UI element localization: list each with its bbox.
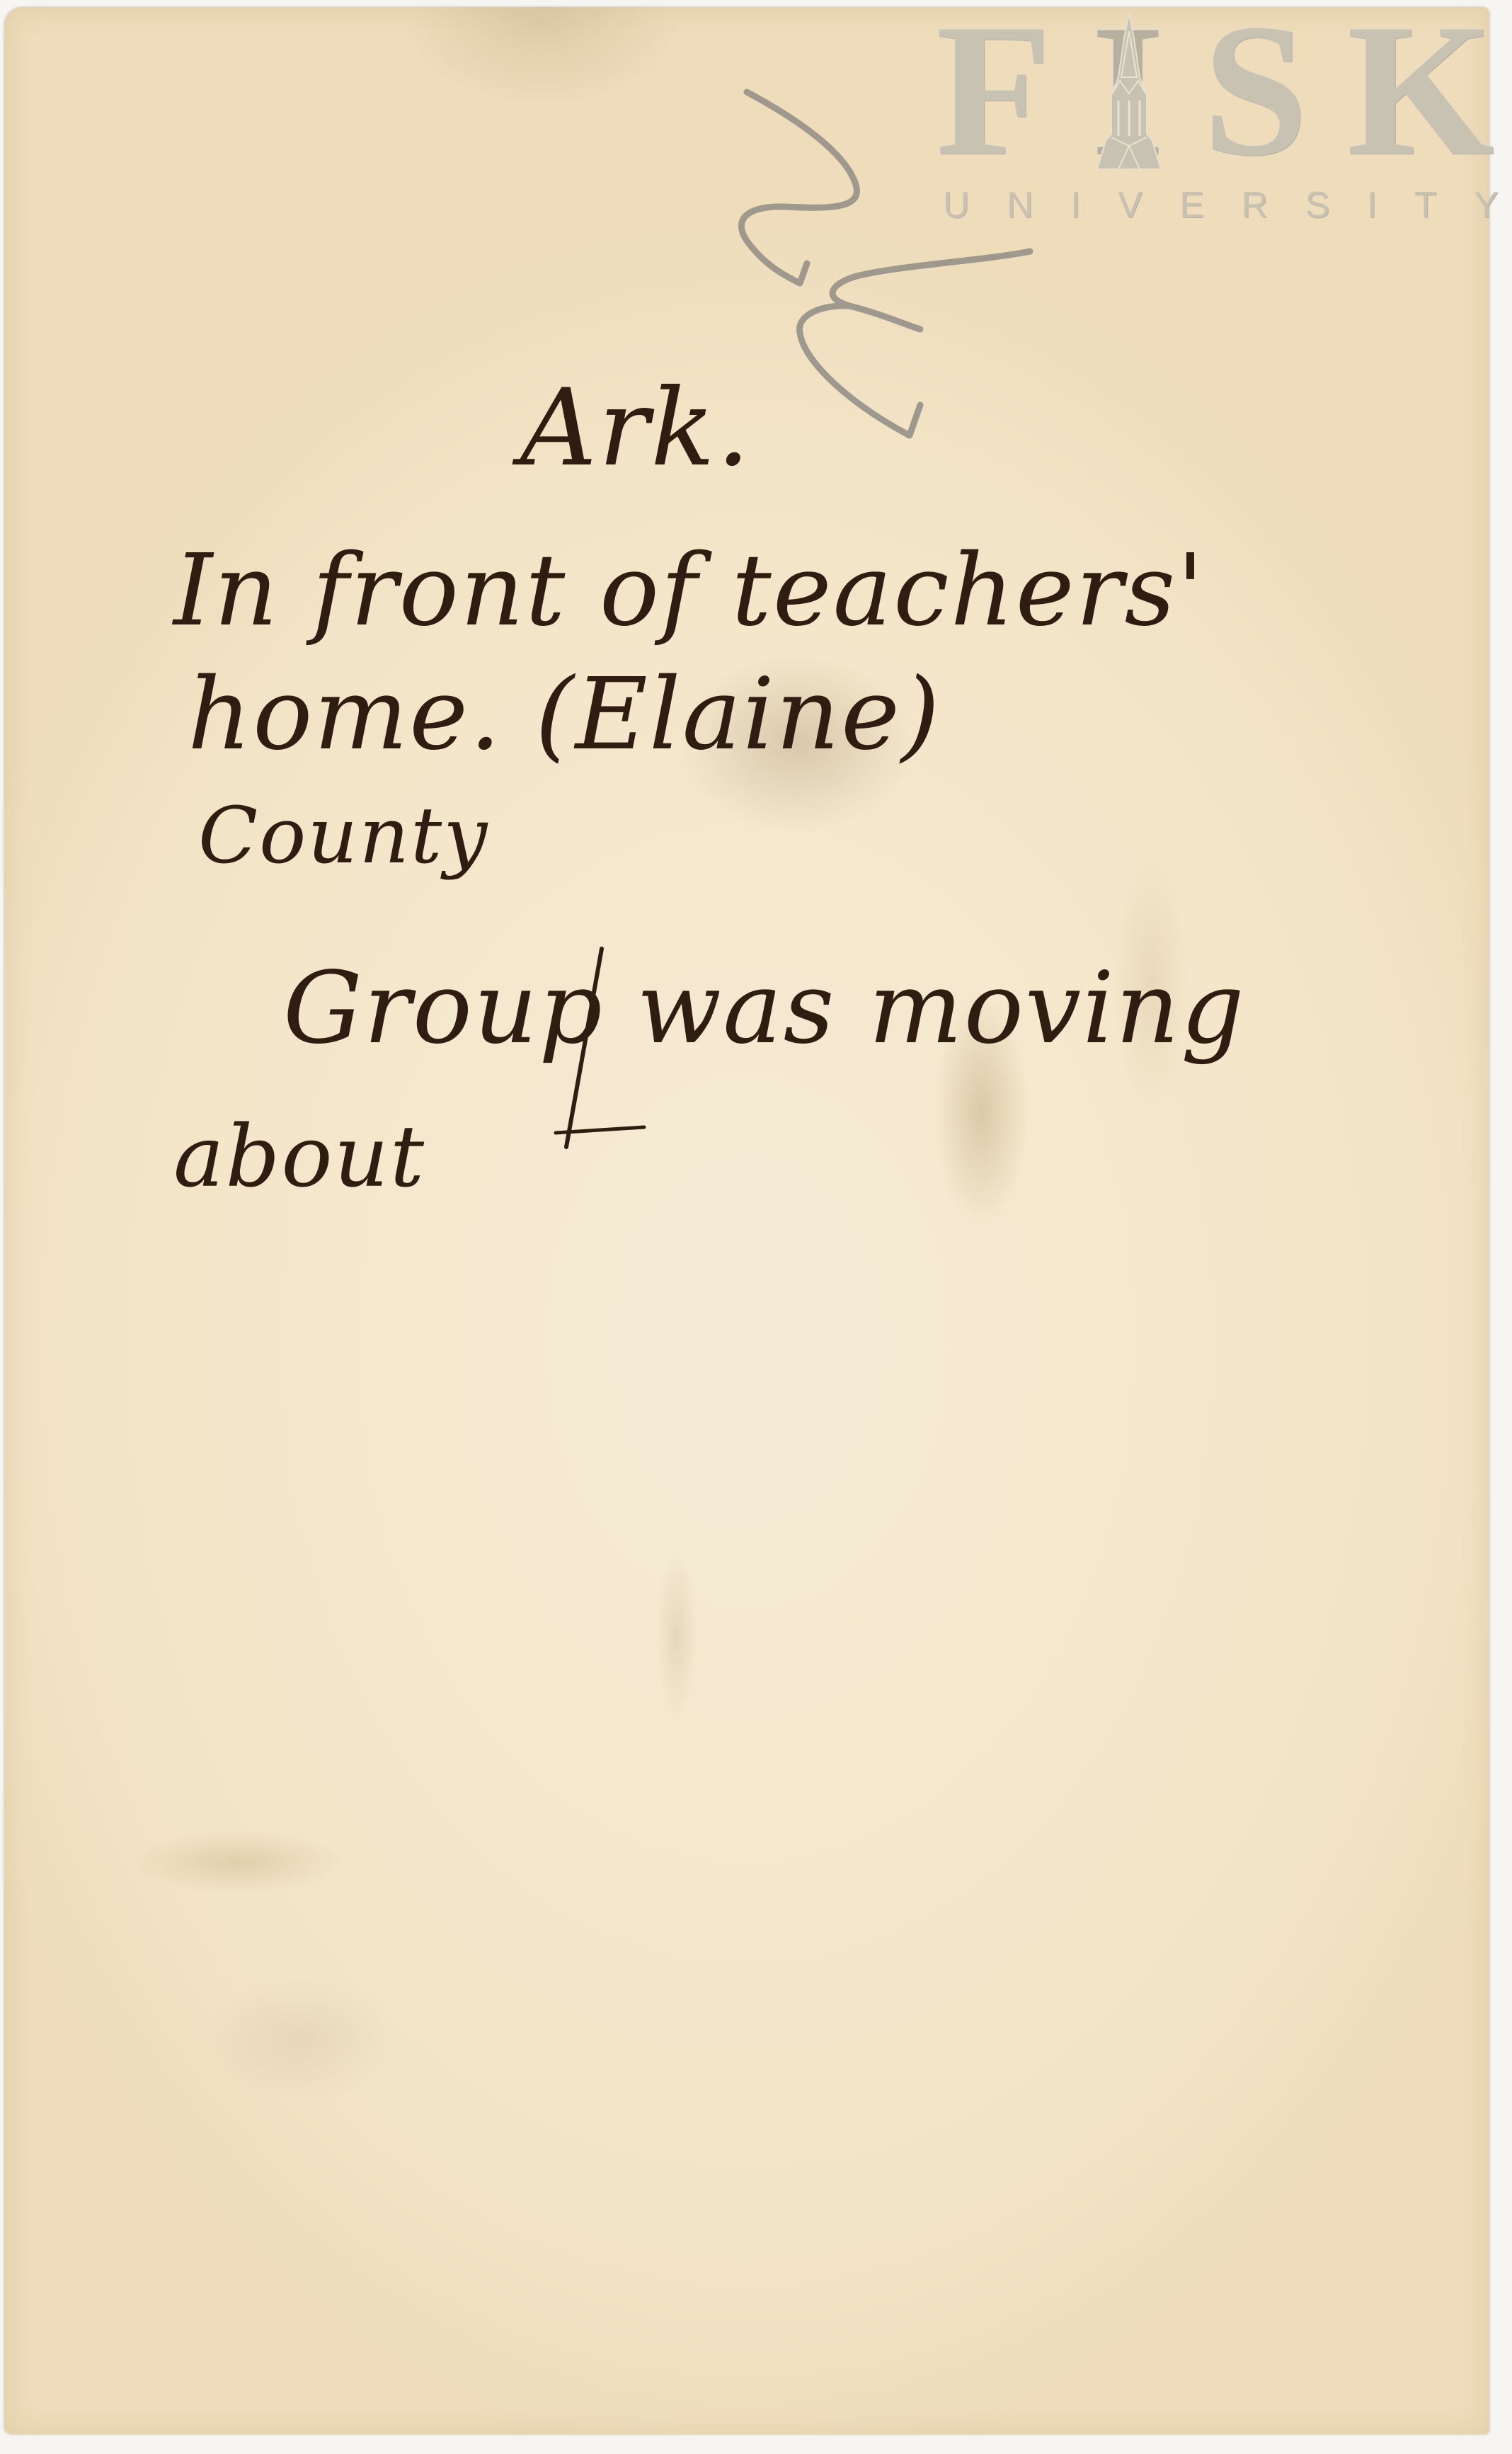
- watermark-letter: K: [1347, 10, 1499, 169]
- handwritten-line: about: [173, 1105, 425, 1211]
- handwritten-line: In front of teachers': [173, 531, 1205, 651]
- watermark-letter: S: [1203, 10, 1312, 169]
- handwritten-line: home. (Elaine): [188, 655, 941, 775]
- ink-descender-stroke: [552, 942, 651, 1175]
- handwritten-line: County: [198, 786, 488, 885]
- handwritten-line: Group was moving: [283, 949, 1246, 1069]
- pencil-scribble-icon: [715, 78, 1140, 503]
- handwritten-title: Ark.: [520, 368, 752, 489]
